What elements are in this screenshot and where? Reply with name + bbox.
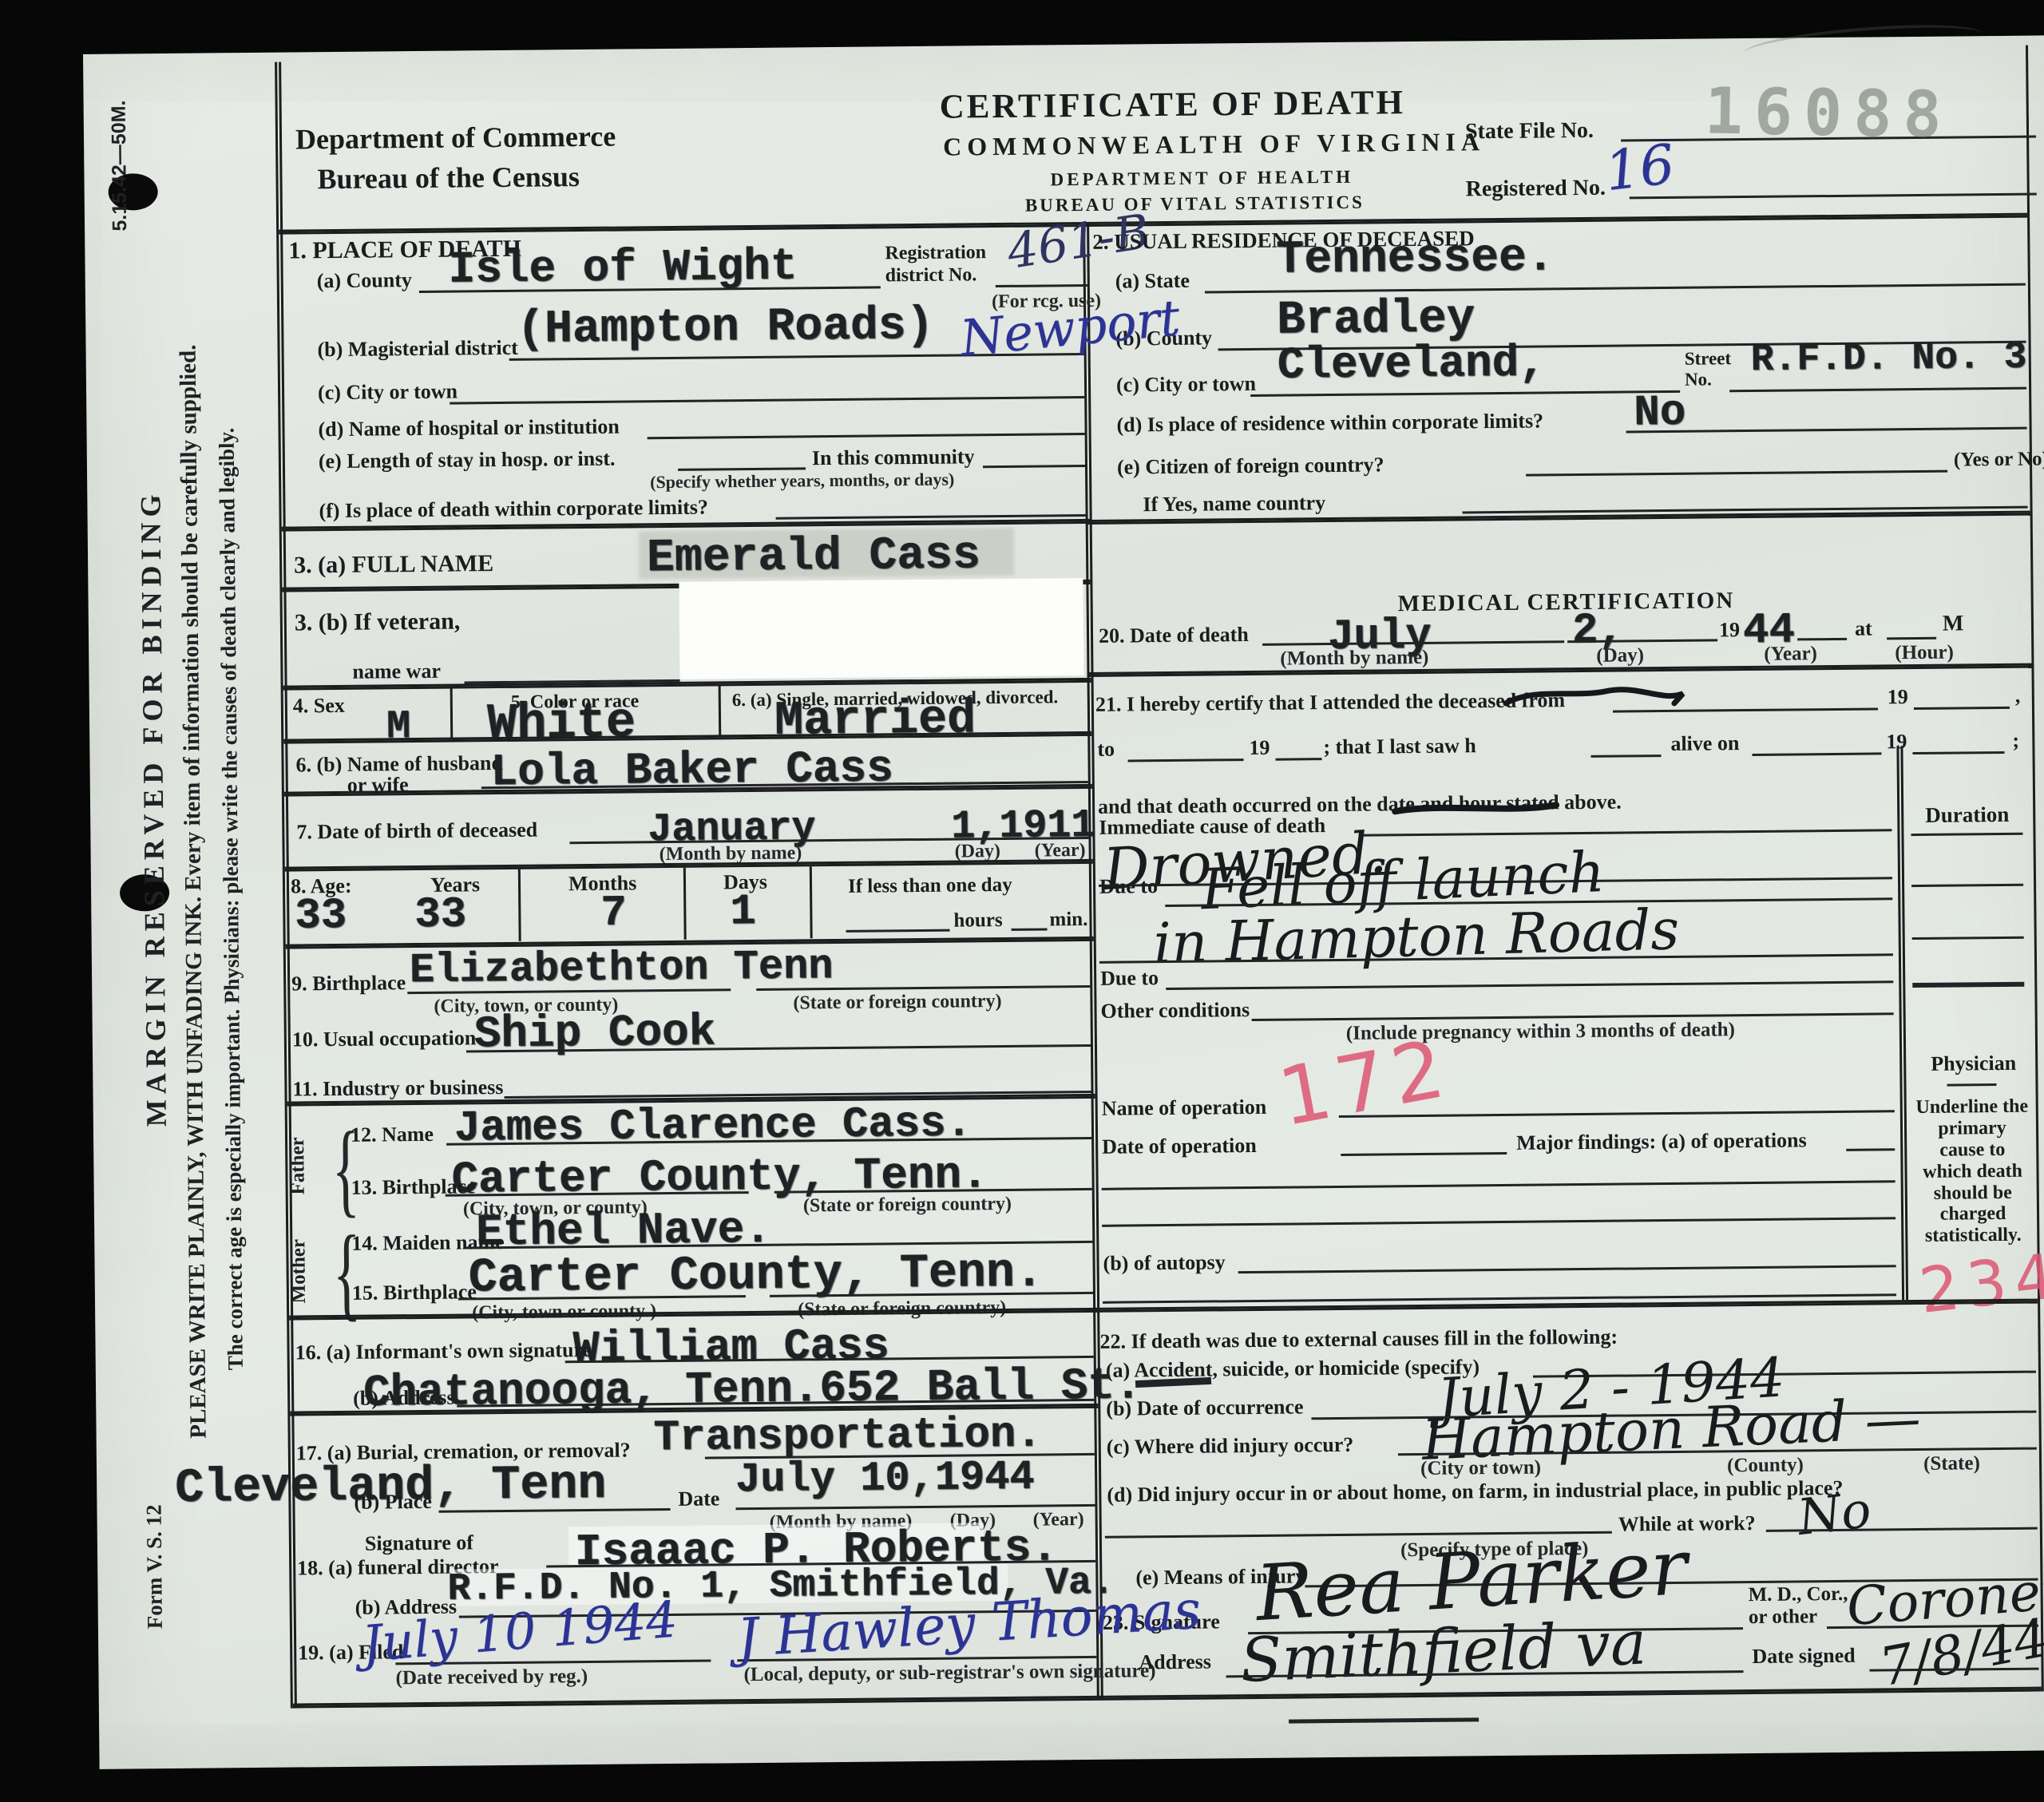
s21-line2e [1912, 751, 2004, 754]
med-title: MEDICAL CERTIFICATION [1398, 588, 1735, 617]
s8-hours-line [846, 929, 950, 933]
s21-alive: alive on [1670, 731, 1739, 756]
commonwealth: COMMONWEALTH OF VIRGINIA [943, 127, 1485, 162]
due1-value2: in Hampton Roads [1153, 897, 1681, 976]
pen-scribble-cause [1392, 797, 1559, 819]
dept-health: DEPARTMENT OF HEALTH [1050, 167, 1353, 191]
s6a-value: Married [774, 692, 976, 748]
s5-value: White [487, 694, 636, 752]
registered-value: 16 [1602, 133, 1678, 204]
s1-regdist-label2: district No. [885, 264, 977, 287]
pencil-scratch [1743, 18, 1984, 69]
s1-stay-line2 [983, 465, 1085, 468]
duration-divider [1896, 746, 1908, 1300]
autopsy-line [1238, 1265, 1896, 1273]
s22-sub2: (County) [1727, 1454, 1804, 1477]
s2-street-line [1729, 387, 2026, 393]
s20-line2 [1567, 639, 1717, 643]
due2-label: Due to [1100, 966, 1159, 991]
s2-ifyes-label: If Yes, name country [1143, 491, 1325, 517]
binding-margin-label: MARGIN RESERVED FOR BINDING [133, 373, 182, 1243]
underline-note: Underline the primary cause to which dea… [1914, 1096, 2032, 1248]
s1-county-label: (a) County [317, 268, 412, 293]
s2-corp-label: (d) Is place of residence within corpora… [1116, 409, 1543, 437]
s1-corp-label: (f) Is place of death within corporate l… [319, 496, 708, 524]
s17-date-label: Date [678, 1487, 719, 1511]
s21-saw: ; that I last saw h [1323, 734, 1476, 759]
s20-sub4: (Hour) [1895, 642, 1954, 665]
s20-sub2: (Day) [1596, 644, 1644, 667]
s20-at: at [1855, 617, 1872, 641]
s21-line2b [1276, 758, 1322, 761]
blank-line2 [1102, 1217, 1895, 1227]
s2-city-line [1250, 390, 1680, 397]
s8-div1 [518, 869, 521, 941]
cert-title: CERTIFICATE OF DEATH [939, 83, 1405, 127]
s12-label: 12. Name [351, 1123, 434, 1147]
certificate-paper: 5.15.42—50M. MARGIN RESERVED FOR BINDING… [83, 35, 2044, 1768]
stray-bottom-line [1289, 1717, 1479, 1723]
s23-date-label: Date signed [1752, 1644, 1856, 1669]
s9-sub2: (State or foreign country) [793, 991, 1001, 1015]
s20-line3 [1797, 638, 1847, 641]
registered-label: Registered No. [1466, 176, 1606, 203]
s20-19: 19 [1719, 618, 1740, 642]
s1-hospital-label: (d) Name of hospital or institution [318, 415, 620, 442]
registered-line [1630, 193, 2037, 200]
findings-line [1846, 1148, 1895, 1151]
s8-years-value: 33 [414, 890, 466, 940]
state-file-stamp: 16088 [1704, 73, 1953, 152]
s8-div2 [683, 868, 687, 940]
s1-regdist-label1: Registration [885, 242, 986, 264]
form-number: Form V. S. 12 [141, 1467, 178, 1666]
other-label: Other conditions [1100, 998, 1250, 1024]
s4-divider [450, 688, 454, 739]
redaction-box [679, 578, 1083, 679]
s21-c1: , [2015, 684, 2021, 708]
print-code: 5.15.42—50M. [107, 53, 146, 277]
s3b-label: 3. (b) If veteran, [295, 608, 461, 636]
s11-label: 11. Industry or business [292, 1075, 503, 1102]
opdate-label: Date of operation [1102, 1134, 1257, 1159]
s21-line2d [1753, 752, 1882, 756]
s10-label: 10. Usual occupation [292, 1026, 477, 1051]
s20-line4 [1887, 637, 1936, 640]
s22d-label: (d) Did injury occur in or about home, o… [1107, 1476, 1843, 1507]
s23-md-label1: M. D., Cor., [1748, 1583, 1848, 1606]
s23-addr-label: Address [1139, 1650, 1211, 1675]
s18-sig-label: Signature of [365, 1531, 473, 1555]
s23-md-label2: or other [1749, 1606, 1818, 1629]
pen-scribble-from [1503, 678, 1686, 713]
s2-citizen-label: (e) Citizen of foreign country? [1117, 453, 1384, 479]
s8-age-value: 33 [295, 892, 347, 941]
s2-street-value: R.F.D. No. 3 [1751, 336, 2027, 382]
mother-label: Mother [287, 1219, 317, 1323]
s8-hours-label: hours [953, 909, 1002, 933]
s20-bottom-rule [1088, 663, 2031, 677]
dur-line1 [1911, 833, 2022, 836]
autopsy-label: (b) of autopsy [1103, 1250, 1225, 1275]
s22c-label: (c) Where did injury occur? [1107, 1433, 1354, 1459]
s16-sig-label: 16. (a) Informant's own signature [295, 1338, 592, 1365]
right-border [2026, 46, 2044, 1692]
s13-sub2: (State or foreign country) [803, 1194, 1012, 1218]
s4-value: M [386, 704, 411, 750]
findings-label: Major findings: (a) of operations [1516, 1128, 1807, 1154]
s8-months-value: 7 [600, 889, 627, 938]
bureau-vital: BUREAU OF VITAL STATISTICS [1025, 192, 1365, 216]
opdate-line [1341, 1152, 1507, 1156]
s3b-label2: name war [352, 659, 441, 684]
s1-city-line [450, 396, 1084, 405]
s21-line2c [1591, 754, 1662, 758]
s21-19a: 19 [1888, 685, 1908, 709]
due1-label: Due to [1099, 874, 1158, 899]
bottom-rule [293, 1687, 2042, 1709]
s21-line1b [1914, 707, 2010, 710]
s9-value: Elizabethton Tenn [410, 943, 834, 994]
s1-city-label: (c) City or town [318, 380, 458, 406]
s2-corp-line [1626, 427, 2027, 434]
s2-city-label: (c) City or town [1116, 372, 1256, 398]
s21-text1: 21. I hereby certify that I attended the… [1095, 688, 1566, 717]
s2-city-value: Cleveland, [1277, 337, 1547, 390]
s17-date-value: July 10,1944 [735, 1454, 1035, 1504]
s21-19b: 19 [1249, 736, 1270, 760]
s2-yesno: (Yes or No) [1954, 448, 2044, 471]
s8-min-label: min. [1049, 909, 1087, 931]
state-file-label: State File No. [1465, 118, 1594, 145]
s17-place-value: Cleveland, Tenn [175, 1458, 607, 1516]
s22-work-value: No [1795, 1480, 1874, 1547]
s4-label: 4. Sex [293, 694, 345, 719]
s1-magisterial-label: (b) Magisterial district [317, 336, 518, 362]
bureau-census: Bureau of the Census [317, 160, 580, 196]
s19-sub1: (Date received by reg.) [395, 1665, 588, 1689]
s1-magisterial-value: (Hampton Roads) [517, 300, 934, 356]
dept-commerce: Department of Commerce [295, 120, 616, 156]
s20-sub3: (Year) [1764, 643, 1817, 666]
s20-sub1: (Month by name) [1280, 647, 1428, 671]
blank-line1 [1102, 1180, 1895, 1190]
s22-title: 22. If death was due to external causes … [1099, 1325, 1618, 1354]
s8-less-label: If less than one day [848, 874, 1012, 898]
s3a-label: 3. (a) FULL NAME [294, 550, 493, 579]
s7-label: 7. Date of birth of deceased [296, 818, 537, 845]
stamp-234: 234 [1915, 1240, 2044, 1328]
s1-regdist-line [996, 284, 1087, 287]
s21-c2: ; [2012, 729, 2019, 753]
father-label: Father [287, 1114, 316, 1218]
s20-label: 20. Date of death [1099, 623, 1249, 648]
s2-citizen-line [1526, 470, 1947, 477]
s22-sub3: (State) [1923, 1452, 1980, 1475]
s12-value: James Clarence Cass. [454, 1099, 972, 1153]
s3a-value: Emerald Cass [647, 529, 980, 584]
s8-min-line [1012, 928, 1048, 930]
s1-hospital-line [648, 433, 1085, 439]
physician-divider [1947, 1083, 1996, 1087]
s1-stay-label: (e) Length of stay in hosp. or inst. [319, 447, 616, 474]
s20-m: M [1943, 611, 1964, 636]
duration-label: Duration [1925, 802, 2009, 828]
dur-line4 [1912, 982, 2024, 988]
s8-days-value: 1 [730, 888, 756, 937]
cause-line0 [1358, 829, 1891, 836]
s9-label: 9. Birthplace [291, 971, 406, 996]
s15-label: 15. Birthplace [352, 1280, 477, 1305]
s8-div3 [810, 866, 813, 938]
dur-line2 [1911, 884, 2023, 887]
s5-divider [719, 685, 722, 736]
physician-label: Physician [1931, 1051, 2016, 1076]
s2-street-label1: Street [1685, 348, 1732, 370]
due2-line [1166, 980, 1893, 990]
s16-addr-value: Chatanooga, Tenn.652 Ball St. [363, 1360, 1142, 1418]
s2-street-label2: No. [1685, 369, 1712, 390]
stamp-172: 172 [1272, 1021, 1458, 1144]
s1-stay-note: (Specify whether years, months, or days) [650, 469, 954, 493]
dur-line3 [1912, 937, 2024, 940]
s1-community-label: In this community [812, 445, 975, 470]
op-label: Name of operation [1102, 1095, 1267, 1121]
s21-line2a [1128, 758, 1244, 762]
s22-sub1: (City or town) [1420, 1457, 1541, 1480]
s21-to: to [1097, 738, 1115, 762]
s2-state-value: Tennessee. [1276, 232, 1555, 286]
